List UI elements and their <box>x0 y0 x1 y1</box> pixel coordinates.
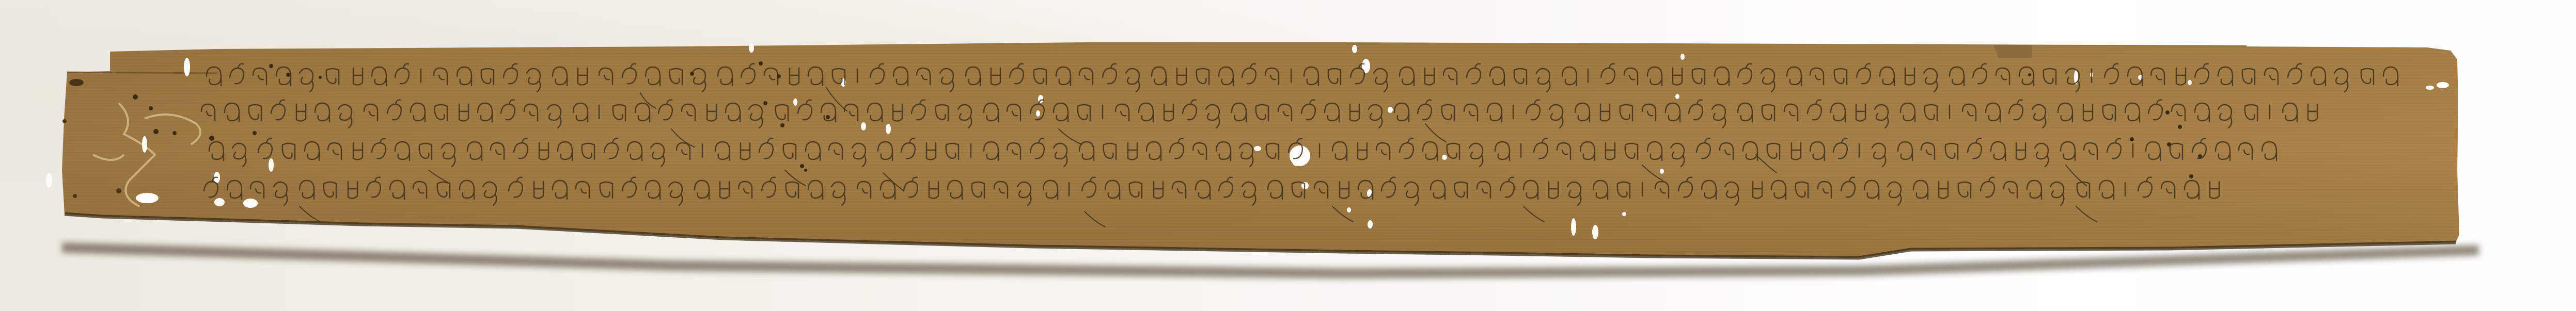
leaf-body <box>62 42 2459 258</box>
palm-leaf-manuscript <box>0 0 2576 311</box>
